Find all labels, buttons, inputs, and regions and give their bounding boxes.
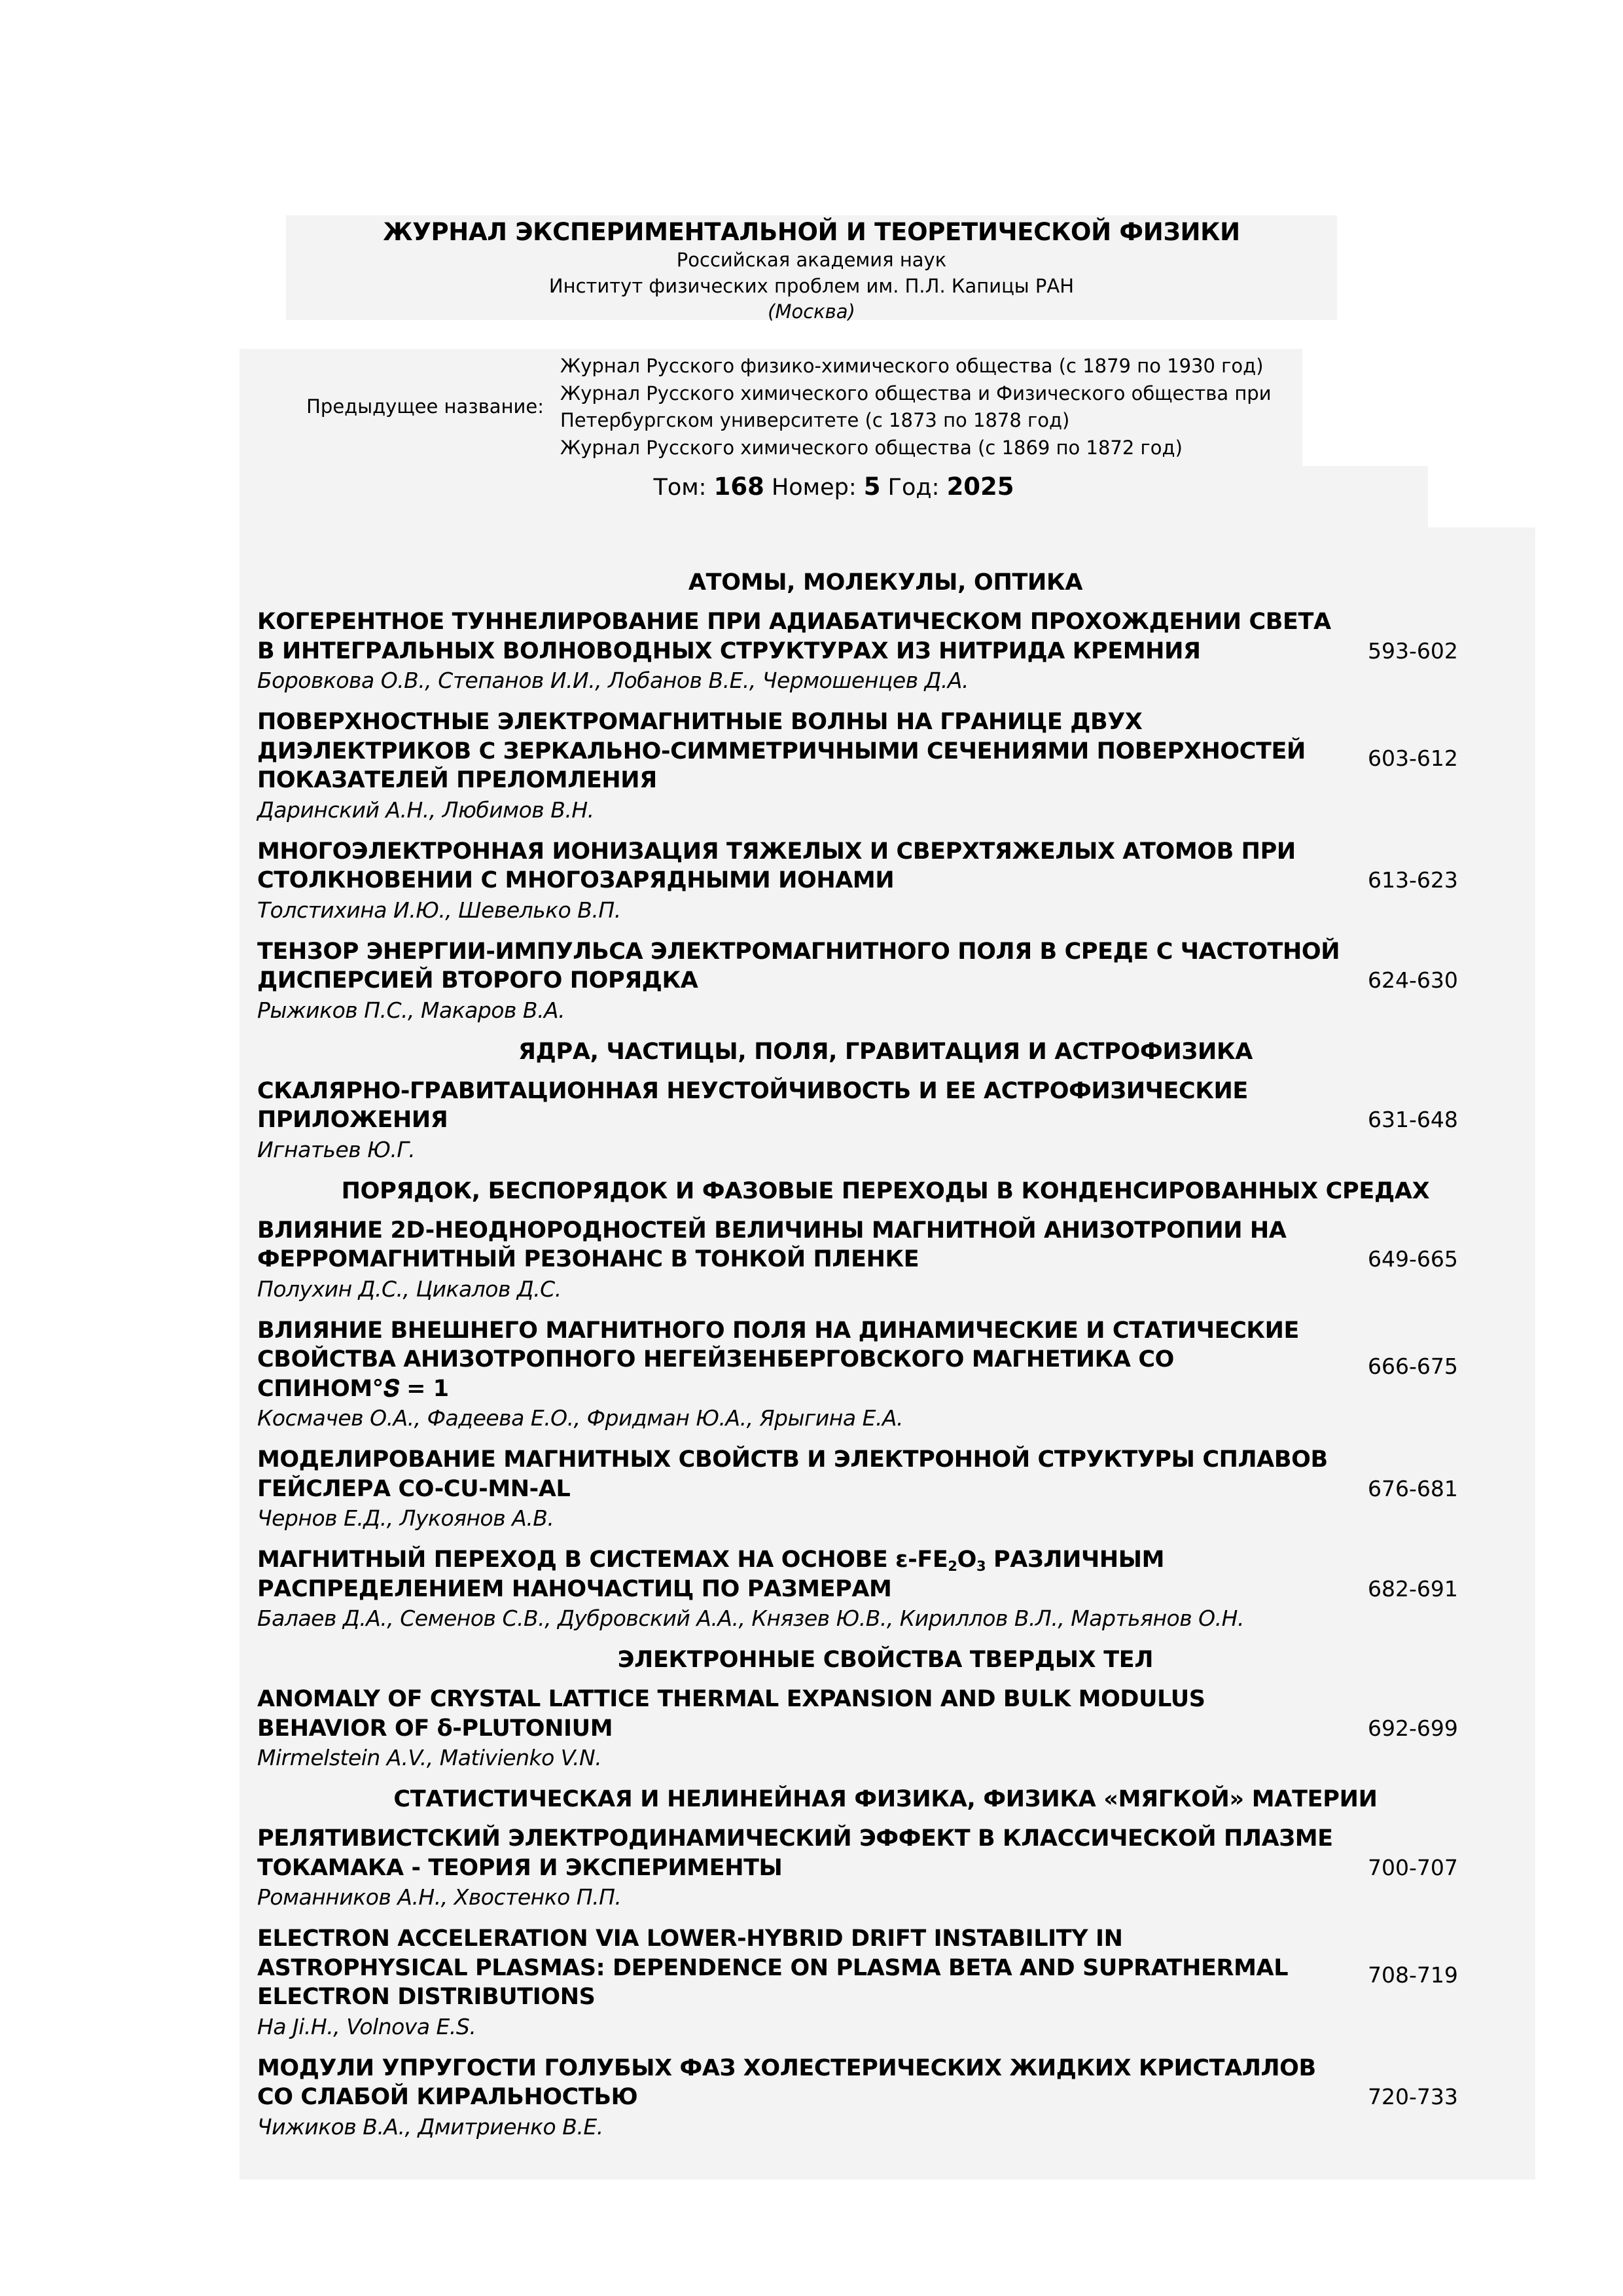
article-authors: Чижиков В.А., Дмитриенко В.Е. — [257, 2112, 1514, 2142]
article-title-line: ФЕРРОМАГНИТНЫЙ РЕЗОНАНС В ТОНКОЙ ПЛЕНКЕ — [257, 1245, 1435, 1274]
article-pages: 700-707 — [1368, 1854, 1458, 1882]
previous-name-line: Журнал Русского физико-химического общес… — [560, 353, 1272, 380]
article-title-line: ВЛИЯНИЕ 2D-НЕОДНОРОДНОСТЕЙ ВЕЛИЧИНЫ МАГН… — [257, 1216, 1435, 1246]
previous-names-list: Журнал Русского физико-химического общес… — [560, 353, 1272, 461]
number-value: 5 — [864, 473, 881, 501]
article-pages: 708-719 — [1368, 1961, 1458, 1990]
article-title[interactable]: СКАЛЯРНО-ГРАВИТАЦИОННАЯ НЕУСТОЙЧИВОСТЬ И… — [257, 1077, 1435, 1135]
article-authors: Толстихина И.Ю., Шевелько В.П. — [257, 895, 1514, 925]
article-title-line: ДИЭЛЕКТРИКОВ С ЗЕРКАЛЬНО-СИММЕТРИЧНЫМИ С… — [257, 737, 1435, 766]
previous-names-label: Предыдущее название: — [240, 393, 544, 420]
toc-section: ЭЛЕКТРОННЫЕ СВОЙСТВА ТВЕРДЫХ ТЕЛ ANOMALY… — [257, 1645, 1514, 1773]
publisher: Российская академия наук — [286, 247, 1337, 273]
issue-info: Том: 168 Номер: 5 Год: 2025 — [240, 466, 1428, 529]
article-title-line: ELECTRON ACCELERATION VIA LOWER-HYBRID D… — [257, 1924, 1435, 1954]
article-pages: 613-623 — [1368, 866, 1458, 895]
article-title-line: BEHAVIOR OF δ-PLUTONIUM — [257, 1714, 1435, 1744]
article-title-line: ГЕЙСЛЕРА CO-CU-MN-AL — [257, 1475, 1435, 1504]
article-title-line: ТОКАМАКА - ТЕОРИЯ И ЭКСПЕРИМЕНТЫ — [257, 1854, 1435, 1883]
section-heading: АТОМЫ, МОЛЕКУЛЫ, ОПТИКА — [257, 568, 1514, 597]
journal-header: ЖУРНАЛ ЭКСПЕРИМЕНТАЛЬНОЙ И ТЕОРЕТИЧЕСКОЙ… — [286, 215, 1337, 320]
toc-section: ПОРЯДОК, БЕСПОРЯДОК И ФАЗОВЫЕ ПЕРЕХОДЫ В… — [257, 1177, 1514, 1634]
article-entry[interactable]: МОДУЛИ УПРУГОСТИ ГОЛУБЫХ ФАЗ ХОЛЕСТЕРИЧЕ… — [257, 2054, 1514, 2142]
section-articles: ВЛИЯНИЕ 2D-НЕОДНОРОДНОСТЕЙ ВЕЛИЧИНЫ МАГН… — [257, 1216, 1514, 1634]
article-title-line: СПИНОМ°𝑺 = 1 — [257, 1374, 1435, 1404]
article-title[interactable]: РЕЛЯТИВИСТСКИЙ ЭЛЕКТРОДИНАМИЧЕСКИЙ ЭФФЕК… — [257, 1824, 1435, 1882]
article-entry[interactable]: ВЛИЯНИЕ ВНЕШНЕГО МАГНИТНОГО ПОЛЯ НА ДИНА… — [257, 1316, 1514, 1434]
article-title-line: ПРИЛОЖЕНИЯ — [257, 1105, 1435, 1135]
article-authors: Чернов Е.Д., Лукоянов А.В. — [257, 1503, 1514, 1534]
article-title-line: МНОГОЭЛЕКТРОННАЯ ИОНИЗАЦИЯ ТЯЖЕЛЫХ И СВЕ… — [257, 837, 1435, 867]
article-authors: Полухин Д.С., Цикалов Д.С. — [257, 1274, 1514, 1304]
table-of-contents: АТОМЫ, МОЛЕКУЛЫ, ОПТИКА КОГЕРЕНТНОЕ ТУНН… — [240, 528, 1535, 2179]
article-entry[interactable]: РЕЛЯТИВИСТСКИЙ ЭЛЕКТРОДИНАМИЧЕСКИЙ ЭФФЕК… — [257, 1824, 1514, 1912]
previous-name-line: Журнал Русского химического общества (с … — [560, 435, 1272, 462]
toc-section: СТАТИСТИЧЕСКАЯ И НЕЛИНЕЙНАЯ ФИЗИКА, ФИЗИ… — [257, 1785, 1514, 2142]
institute: Институт физических проблем им. П.Л. Кап… — [286, 273, 1337, 299]
article-title[interactable]: МНОГОЭЛЕКТРОННАЯ ИОНИЗАЦИЯ ТЯЖЕЛЫХ И СВЕ… — [257, 837, 1435, 895]
previous-names-label-text: Предыдущее название: — [306, 395, 544, 418]
article-title-line: МОДЕЛИРОВАНИЕ МАГНИТНЫХ СВОЙСТВ И ЭЛЕКТР… — [257, 1445, 1435, 1475]
article-pages: 682-691 — [1368, 1575, 1458, 1604]
article-title-line: СВОЙСТВА АНИЗОТРОПНОГО НЕГЕЙЗЕНБЕРГОВСКО… — [257, 1345, 1435, 1374]
article-pages: 624-630 — [1368, 966, 1458, 995]
year-label: Год: — [888, 475, 940, 501]
article-title-line: РЕЛЯТИВИСТСКИЙ ЭЛЕКТРОДИНАМИЧЕСКИЙ ЭФФЕК… — [257, 1824, 1435, 1854]
article-title[interactable]: ПОВЕРХНОСТНЫЕ ЭЛЕКТРОМАГНИТНЫЕ ВОЛНЫ НА … — [257, 708, 1435, 795]
volume-value: 168 — [714, 473, 764, 501]
article-title-line: ASTROPHYSICAL PLASMAS: DEPENDENCE ON PLA… — [257, 1954, 1435, 1983]
article-pages: 676-681 — [1368, 1475, 1458, 1503]
article-title-line: ПОКАЗАТЕЛЕЙ ПРЕЛОМЛЕНИЯ — [257, 766, 1435, 795]
article-pages: 649-665 — [1368, 1245, 1458, 1274]
article-title-line: ТЕНЗОР ЭНЕРГИИ-ИМПУЛЬСА ЭЛЕКТРОМАГНИТНОГ… — [257, 937, 1435, 967]
previous-names-block: Предыдущее название: Журнал Русского физ… — [240, 349, 1302, 467]
article-authors: Ha Ji.H., Volnova E.S. — [257, 2012, 1514, 2042]
article-entry[interactable]: МНОГОЭЛЕКТРОННАЯ ИОНИЗАЦИЯ ТЯЖЕЛЫХ И СВЕ… — [257, 837, 1514, 925]
article-authors: Даринский А.Н., Любимов В.Н. — [257, 795, 1514, 825]
article-title[interactable]: МОДЕЛИРОВАНИЕ МАГНИТНЫХ СВОЙСТВ И ЭЛЕКТР… — [257, 1445, 1435, 1503]
article-authors: Балаев Д.А., Семенов С.В., Дубровский А.… — [257, 1604, 1514, 1634]
section-heading: ЭЛЕКТРОННЫЕ СВОЙСТВА ТВЕРДЫХ ТЕЛ — [257, 1645, 1514, 1674]
article-title-line: ПОВЕРХНОСТНЫЕ ЭЛЕКТРОМАГНИТНЫЕ ВОЛНЫ НА … — [257, 708, 1435, 737]
article-title-line: В ИНТЕГРАЛЬНЫХ ВОЛНОВОДНЫХ СТРУКТУРАХ ИЗ… — [257, 637, 1435, 666]
toc-section: ЯДРА, ЧАСТИЦЫ, ПОЛЯ, ГРАВИТАЦИЯ И АСТРОФ… — [257, 1037, 1514, 1165]
article-pages: 603-612 — [1368, 744, 1458, 773]
article-pages: 692-699 — [1368, 1714, 1458, 1743]
article-title[interactable]: ВЛИЯНИЕ 2D-НЕОДНОРОДНОСТЕЙ ВЕЛИЧИНЫ МАГН… — [257, 1216, 1435, 1274]
article-entry[interactable]: ANOMALY OF CRYSTAL LATTICE THERMAL EXPAN… — [257, 1685, 1514, 1773]
article-title[interactable]: ANOMALY OF CRYSTAL LATTICE THERMAL EXPAN… — [257, 1685, 1435, 1743]
article-title-line: СТОЛКНОВЕНИИ С МНОГОЗАРЯДНЫМИ ИОНАМИ — [257, 866, 1435, 895]
article-title-line: ВЛИЯНИЕ ВНЕШНЕГО МАГНИТНОГО ПОЛЯ НА ДИНА… — [257, 1316, 1435, 1346]
article-title[interactable]: ТЕНЗОР ЭНЕРГИИ-ИМПУЛЬСА ЭЛЕКТРОМАГНИТНОГ… — [257, 937, 1435, 996]
article-entry[interactable]: ELECTRON ACCELERATION VIA LOWER-HYBRID D… — [257, 1924, 1514, 2042]
section-heading: СТАТИСТИЧЕСКАЯ И НЕЛИНЕЙНАЯ ФИЗИКА, ФИЗИ… — [257, 1785, 1514, 1814]
article-title-line: МАГНИТНЫЙ ПЕРЕХОД В СИСТЕМАХ НА ОСНОВЕ ε… — [257, 1545, 1435, 1575]
article-entry[interactable]: МАГНИТНЫЙ ПЕРЕХОД В СИСТЕМАХ НА ОСНОВЕ ε… — [257, 1545, 1514, 1634]
article-title-line: ANOMALY OF CRYSTAL LATTICE THERMAL EXPAN… — [257, 1685, 1435, 1714]
article-entry[interactable]: КОГЕРЕНТНОЕ ТУННЕЛИРОВАНИЕ ПРИ АДИАБАТИЧ… — [257, 607, 1514, 696]
article-title-line: КОГЕРЕНТНОЕ ТУННЕЛИРОВАНИЕ ПРИ АДИАБАТИЧ… — [257, 607, 1435, 637]
city: (Москва) — [286, 299, 1337, 324]
article-title[interactable]: МАГНИТНЫЙ ПЕРЕХОД В СИСТЕМАХ НА ОСНОВЕ ε… — [257, 1545, 1435, 1604]
article-title-line: МОДУЛИ УПРУГОСТИ ГОЛУБЫХ ФАЗ ХОЛЕСТЕРИЧЕ… — [257, 2054, 1435, 2083]
article-entry[interactable]: ВЛИЯНИЕ 2D-НЕОДНОРОДНОСТЕЙ ВЕЛИЧИНЫ МАГН… — [257, 1216, 1514, 1304]
article-title-line: ELECTRON DISTRIBUTIONS — [257, 1982, 1435, 2012]
article-authors: Mirmelstein A.V., Mativienko V.N. — [257, 1743, 1514, 1773]
article-title-line: ДИСПЕРСИЕЙ ВТОРОГО ПОРЯДКА — [257, 966, 1435, 996]
article-title[interactable]: ВЛИЯНИЕ ВНЕШНЕГО МАГНИТНОГО ПОЛЯ НА ДИНА… — [257, 1316, 1435, 1404]
section-articles: РЕЛЯТИВИСТСКИЙ ЭЛЕКТРОДИНАМИЧЕСКИЙ ЭФФЕК… — [257, 1824, 1514, 2142]
previous-name-line: Журнал Русского химического общества и Ф… — [560, 380, 1272, 408]
article-title[interactable]: ELECTRON ACCELERATION VIA LOWER-HYBRID D… — [257, 1924, 1435, 2012]
article-pages: 666-675 — [1368, 1352, 1458, 1381]
volume-label: Том: — [653, 475, 706, 501]
article-title-line: СКАЛЯРНО-ГРАВИТАЦИОННАЯ НЕУСТОЙЧИВОСТЬ И… — [257, 1077, 1435, 1106]
issue-line: Том: 168 Номер: 5 Год: 2025 — [240, 473, 1428, 502]
toc-section: АТОМЫ, МОЛЕКУЛЫ, ОПТИКА КОГЕРЕНТНОЕ ТУНН… — [257, 568, 1514, 1026]
article-authors: Игнатьев Ю.Г. — [257, 1135, 1514, 1165]
journal-title: ЖУРНАЛ ЭКСПЕРИМЕНТАЛЬНОЙ И ТЕОРЕТИЧЕСКОЙ… — [286, 218, 1337, 247]
article-authors: Космачев О.А., Фадеева Е.О., Фридман Ю.А… — [257, 1403, 1514, 1433]
year-value: 2025 — [947, 473, 1014, 501]
section-articles: СКАЛЯРНО-ГРАВИТАЦИОННАЯ НЕУСТОЙЧИВОСТЬ И… — [257, 1077, 1514, 1165]
article-authors: Боровкова О.В., Степанов И.И., Лобанов В… — [257, 666, 1514, 696]
article-title[interactable]: КОГЕРЕНТНОЕ ТУННЕЛИРОВАНИЕ ПРИ АДИАБАТИЧ… — [257, 607, 1435, 666]
section-heading: ЯДРА, ЧАСТИЦЫ, ПОЛЯ, ГРАВИТАЦИЯ И АСТРОФ… — [257, 1037, 1514, 1066]
article-pages: 720-733 — [1368, 2083, 1458, 2111]
toc-list: АТОМЫ, МОЛЕКУЛЫ, ОПТИКА КОГЕРЕНТНОЕ ТУНН… — [257, 568, 1514, 2154]
article-authors: Романников А.Н., Хвостенко П.П. — [257, 1882, 1514, 1912]
section-articles: ANOMALY OF CRYSTAL LATTICE THERMAL EXPAN… — [257, 1685, 1514, 1773]
article-title[interactable]: МОДУЛИ УПРУГОСТИ ГОЛУБЫХ ФАЗ ХОЛЕСТЕРИЧЕ… — [257, 2054, 1435, 2112]
article-authors: Рыжиков П.С., Макаров В.А. — [257, 996, 1514, 1026]
article-title-line: РАСПРЕДЕЛЕНИЕМ НАНОЧАСТИЦ ПО РАЗМЕРАМ — [257, 1575, 1435, 1604]
section-heading: ПОРЯДОК, БЕСПОРЯДОК И ФАЗОВЫЕ ПЕРЕХОДЫ В… — [257, 1177, 1514, 1206]
article-entry[interactable]: СКАЛЯРНО-ГРАВИТАЦИОННАЯ НЕУСТОЙЧИВОСТЬ И… — [257, 1077, 1514, 1165]
article-pages: 631-648 — [1368, 1105, 1458, 1134]
previous-name-line: Петербургском университете (с 1873 по 18… — [560, 407, 1272, 435]
number-label: Номер: — [772, 475, 857, 501]
article-entry[interactable]: МОДЕЛИРОВАНИЕ МАГНИТНЫХ СВОЙСТВ И ЭЛЕКТР… — [257, 1445, 1514, 1534]
article-pages: 593-602 — [1368, 637, 1458, 666]
article-entry[interactable]: ТЕНЗОР ЭНЕРГИИ-ИМПУЛЬСА ЭЛЕКТРОМАГНИТНОГ… — [257, 937, 1514, 1026]
section-articles: КОГЕРЕНТНОЕ ТУННЕЛИРОВАНИЕ ПРИ АДИАБАТИЧ… — [257, 607, 1514, 1026]
article-entry[interactable]: ПОВЕРХНОСТНЫЕ ЭЛЕКТРОМАГНИТНЫЕ ВОЛНЫ НА … — [257, 708, 1514, 825]
article-title-line: СО СЛАБОЙ КИРАЛЬНОСТЬЮ — [257, 2083, 1435, 2112]
